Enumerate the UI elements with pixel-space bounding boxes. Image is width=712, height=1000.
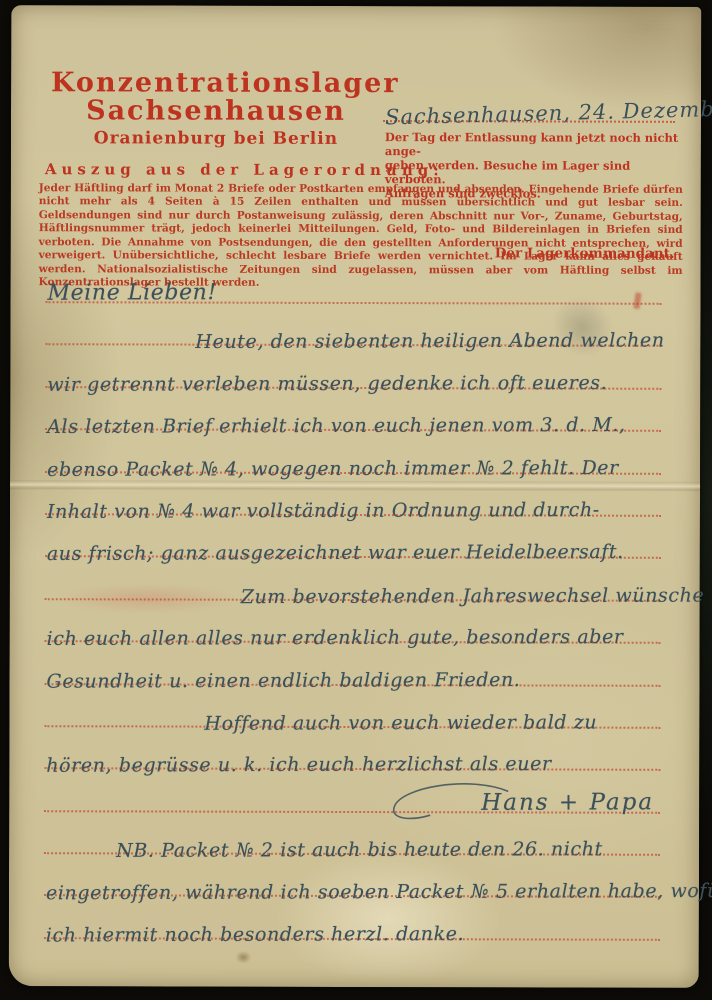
handwriting-line: NB. Packet № 2 ist auch bis heute den 26… [44,812,660,856]
handwriting-line: Hoffend auch von euch wieder bald zu [44,685,660,729]
date-line: Sachsenhausen, 24. Dezemb. 44. [383,80,675,123]
letter-paper: Konzentrationslager Sachsenhausen Oranie… [9,5,702,988]
regulations-heading: Auszug aus der Lagerordnung: [45,160,444,179]
fold-crease [10,480,700,492]
letterhead: Konzentrationslager Sachsenhausen Oranie… [51,69,381,149]
handwriting-line: hören, begrüsse u. k. ich euch herzlichs… [44,727,660,771]
handwriting-line: Inhalt von № 4 war vollständig in Ordnun… [45,473,661,517]
handwritten-date: Sachsenhausen, 24. Dezemb. 44. [385,96,712,130]
handwriting-line-signature: Hans + Papa [44,769,660,813]
handwriting-line: eingetroffen, während ich soeben Packet … [44,854,660,898]
handwriting-line: ich hiermit noch besonders herzl. danke. [44,897,660,941]
handwriting-line: aus frisch; ganz ausgezeichnet war euer … [45,515,661,559]
signature-text: Hans + Papa [481,789,654,816]
handwriting-line: Gesundheit u. einen endlich baldigen Fri… [45,642,661,686]
ink-transfer-smudge [58,583,238,613]
letterhead-camp-type: Konzentrationslager [51,69,381,97]
handwriting-line: Als letzten Brief erhielt ich von euch j… [45,388,661,432]
handwriting-line: ebenso Packet № 4, wogegen noch immer № … [45,430,661,474]
letterhead-camp-location: Oranienburg bei Berlin [51,128,381,149]
letterhead-camp-name: Sachsenhausen [51,97,381,125]
